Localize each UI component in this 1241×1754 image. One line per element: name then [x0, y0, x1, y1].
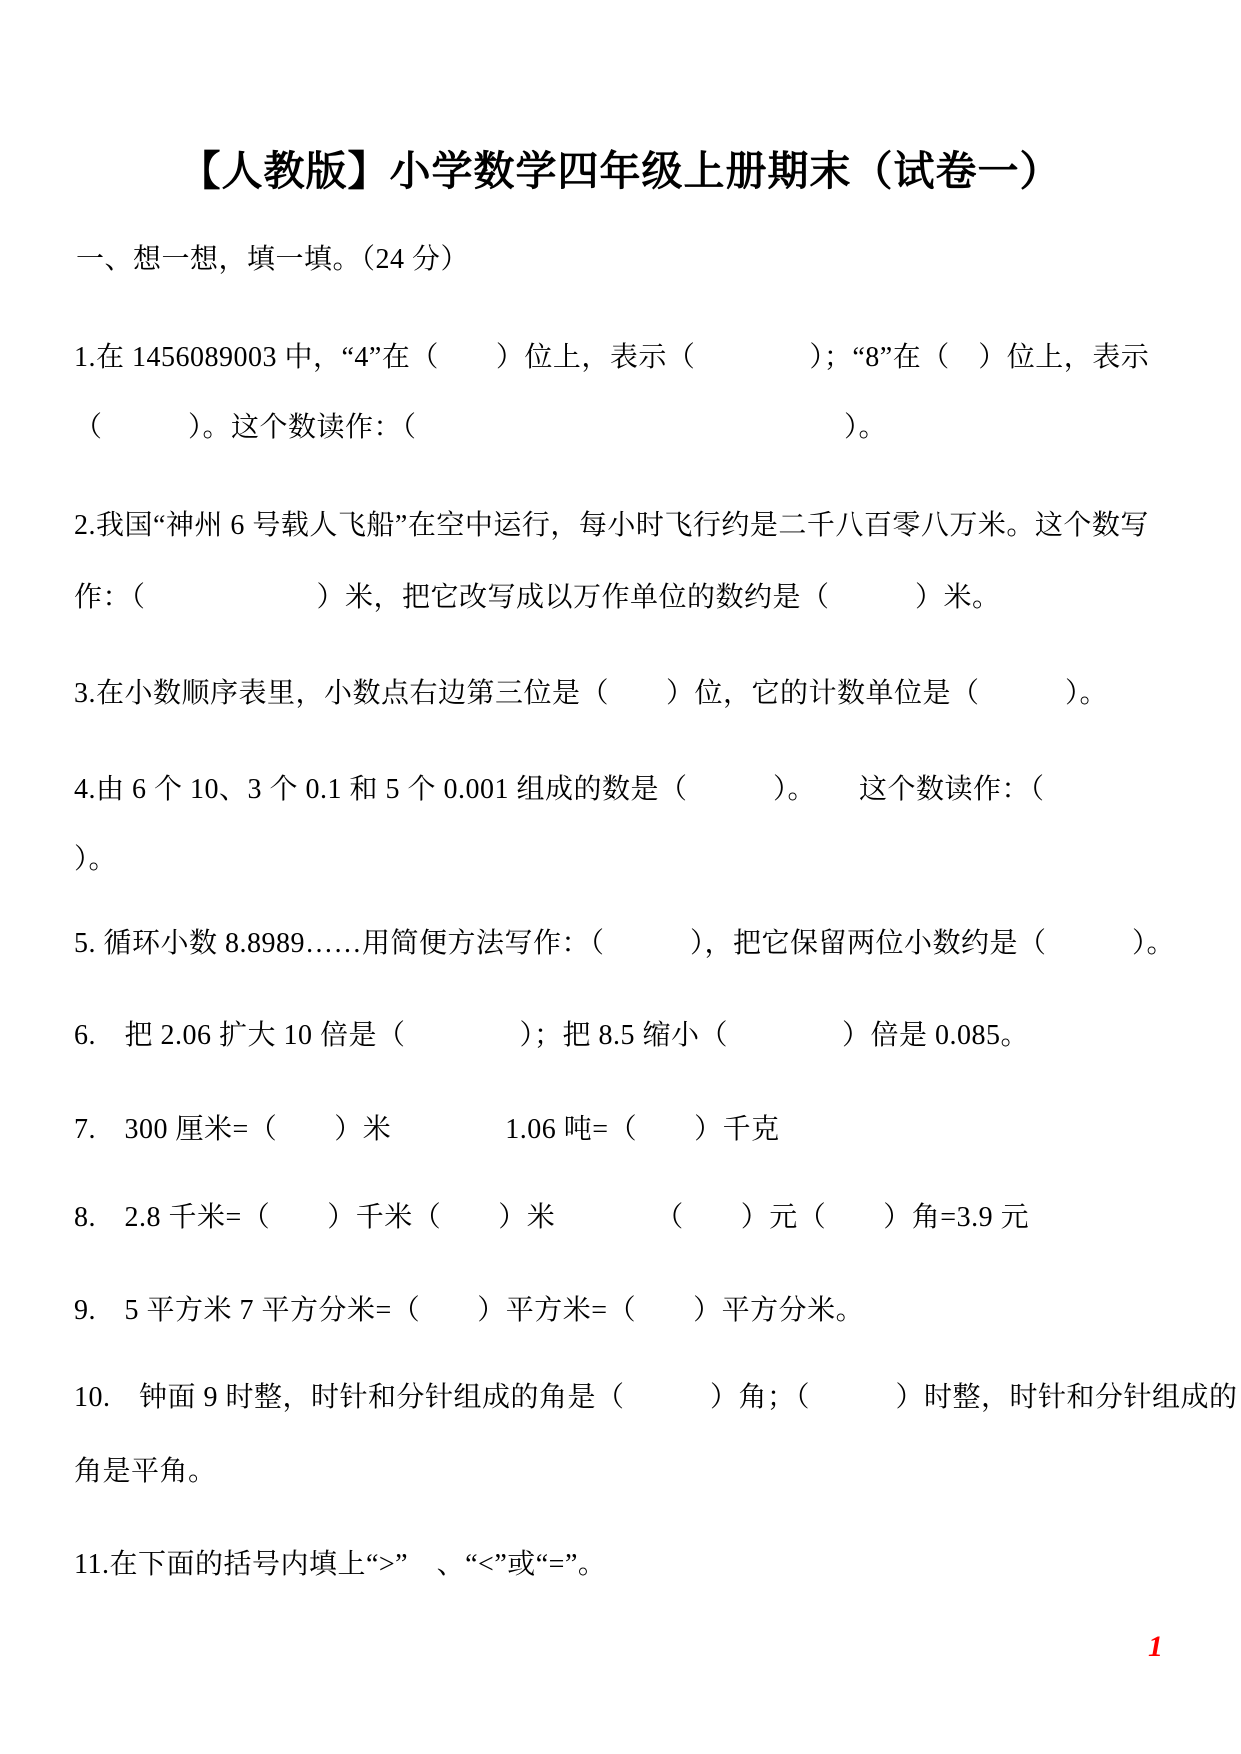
question-2-line-2: 作：（ ）米，把它改写成以万作单位的数约是（ ）米。 — [74, 581, 1001, 615]
question-10-line-2: 角是平角。 — [74, 1455, 217, 1489]
question-9-line-1: 9. 5 平方米 7 平方分米=（ ）平方米=（ ）平方分米。 — [74, 1294, 864, 1328]
question-4-line-2: ）。 — [74, 843, 117, 877]
page-title: 【人教版】小学数学四年级上册期末（试卷一） — [0, 138, 1241, 197]
question-11-line-1: 11.在下面的括号内填上“>” 、“<”或“=”。 — [74, 1548, 606, 1582]
question-4-line-1: 4.由 6 个 10、3 个 0.1 和 5 个 0.001 组成的数是（ ）。… — [74, 773, 1045, 807]
question-1-line-1: 1.在 1456089003 中，“4”在（ ）位上，表示（ ）；“8”在（ ）… — [74, 341, 1149, 375]
question-5-line-1: 5. 循环小数 8.8989……用简便方法写作：（ ），把它保留两位小数约是（ … — [74, 927, 1175, 961]
question-6-line-1: 6. 把 2.06 扩大 10 倍是（ ）；把 8.5 缩小（ ）倍是 0.08… — [74, 1019, 1029, 1053]
section-1-heading: 一、想一想，填一填。（24 分） — [76, 243, 469, 277]
question-2-line-1: 2.我国“神州 6 号载人飞船”在空中运行，每小时飞行约是二千八百零八万米。这个… — [74, 509, 1149, 543]
question-8-line-1: 8. 2.8 千米=（ ）千米（ ）米 （ ）元（ ）角=3.9 元 — [74, 1201, 1029, 1235]
question-7-line-1: 7. 300 厘米=（ ）米 1.06 吨=（ ）千克 — [74, 1113, 780, 1147]
exam-paper-page: 【人教版】小学数学四年级上册期末（试卷一） 一、想一想，填一填。（24 分） 1… — [0, 0, 1241, 1754]
page-number: 1 — [1148, 1630, 1163, 1664]
question-10-line-1: 10. 钟面 9 时整，时针和分针组成的角是（ ）角；（ ）时整，时针和分针组成… — [74, 1381, 1238, 1415]
question-3-line-1: 3.在小数顺序表里，小数点右边第三位是（ ）位，它的计数单位是（ ）。 — [74, 677, 1108, 711]
question-1-line-2: （ ）。这个数读作：（ ）。 — [74, 411, 887, 445]
